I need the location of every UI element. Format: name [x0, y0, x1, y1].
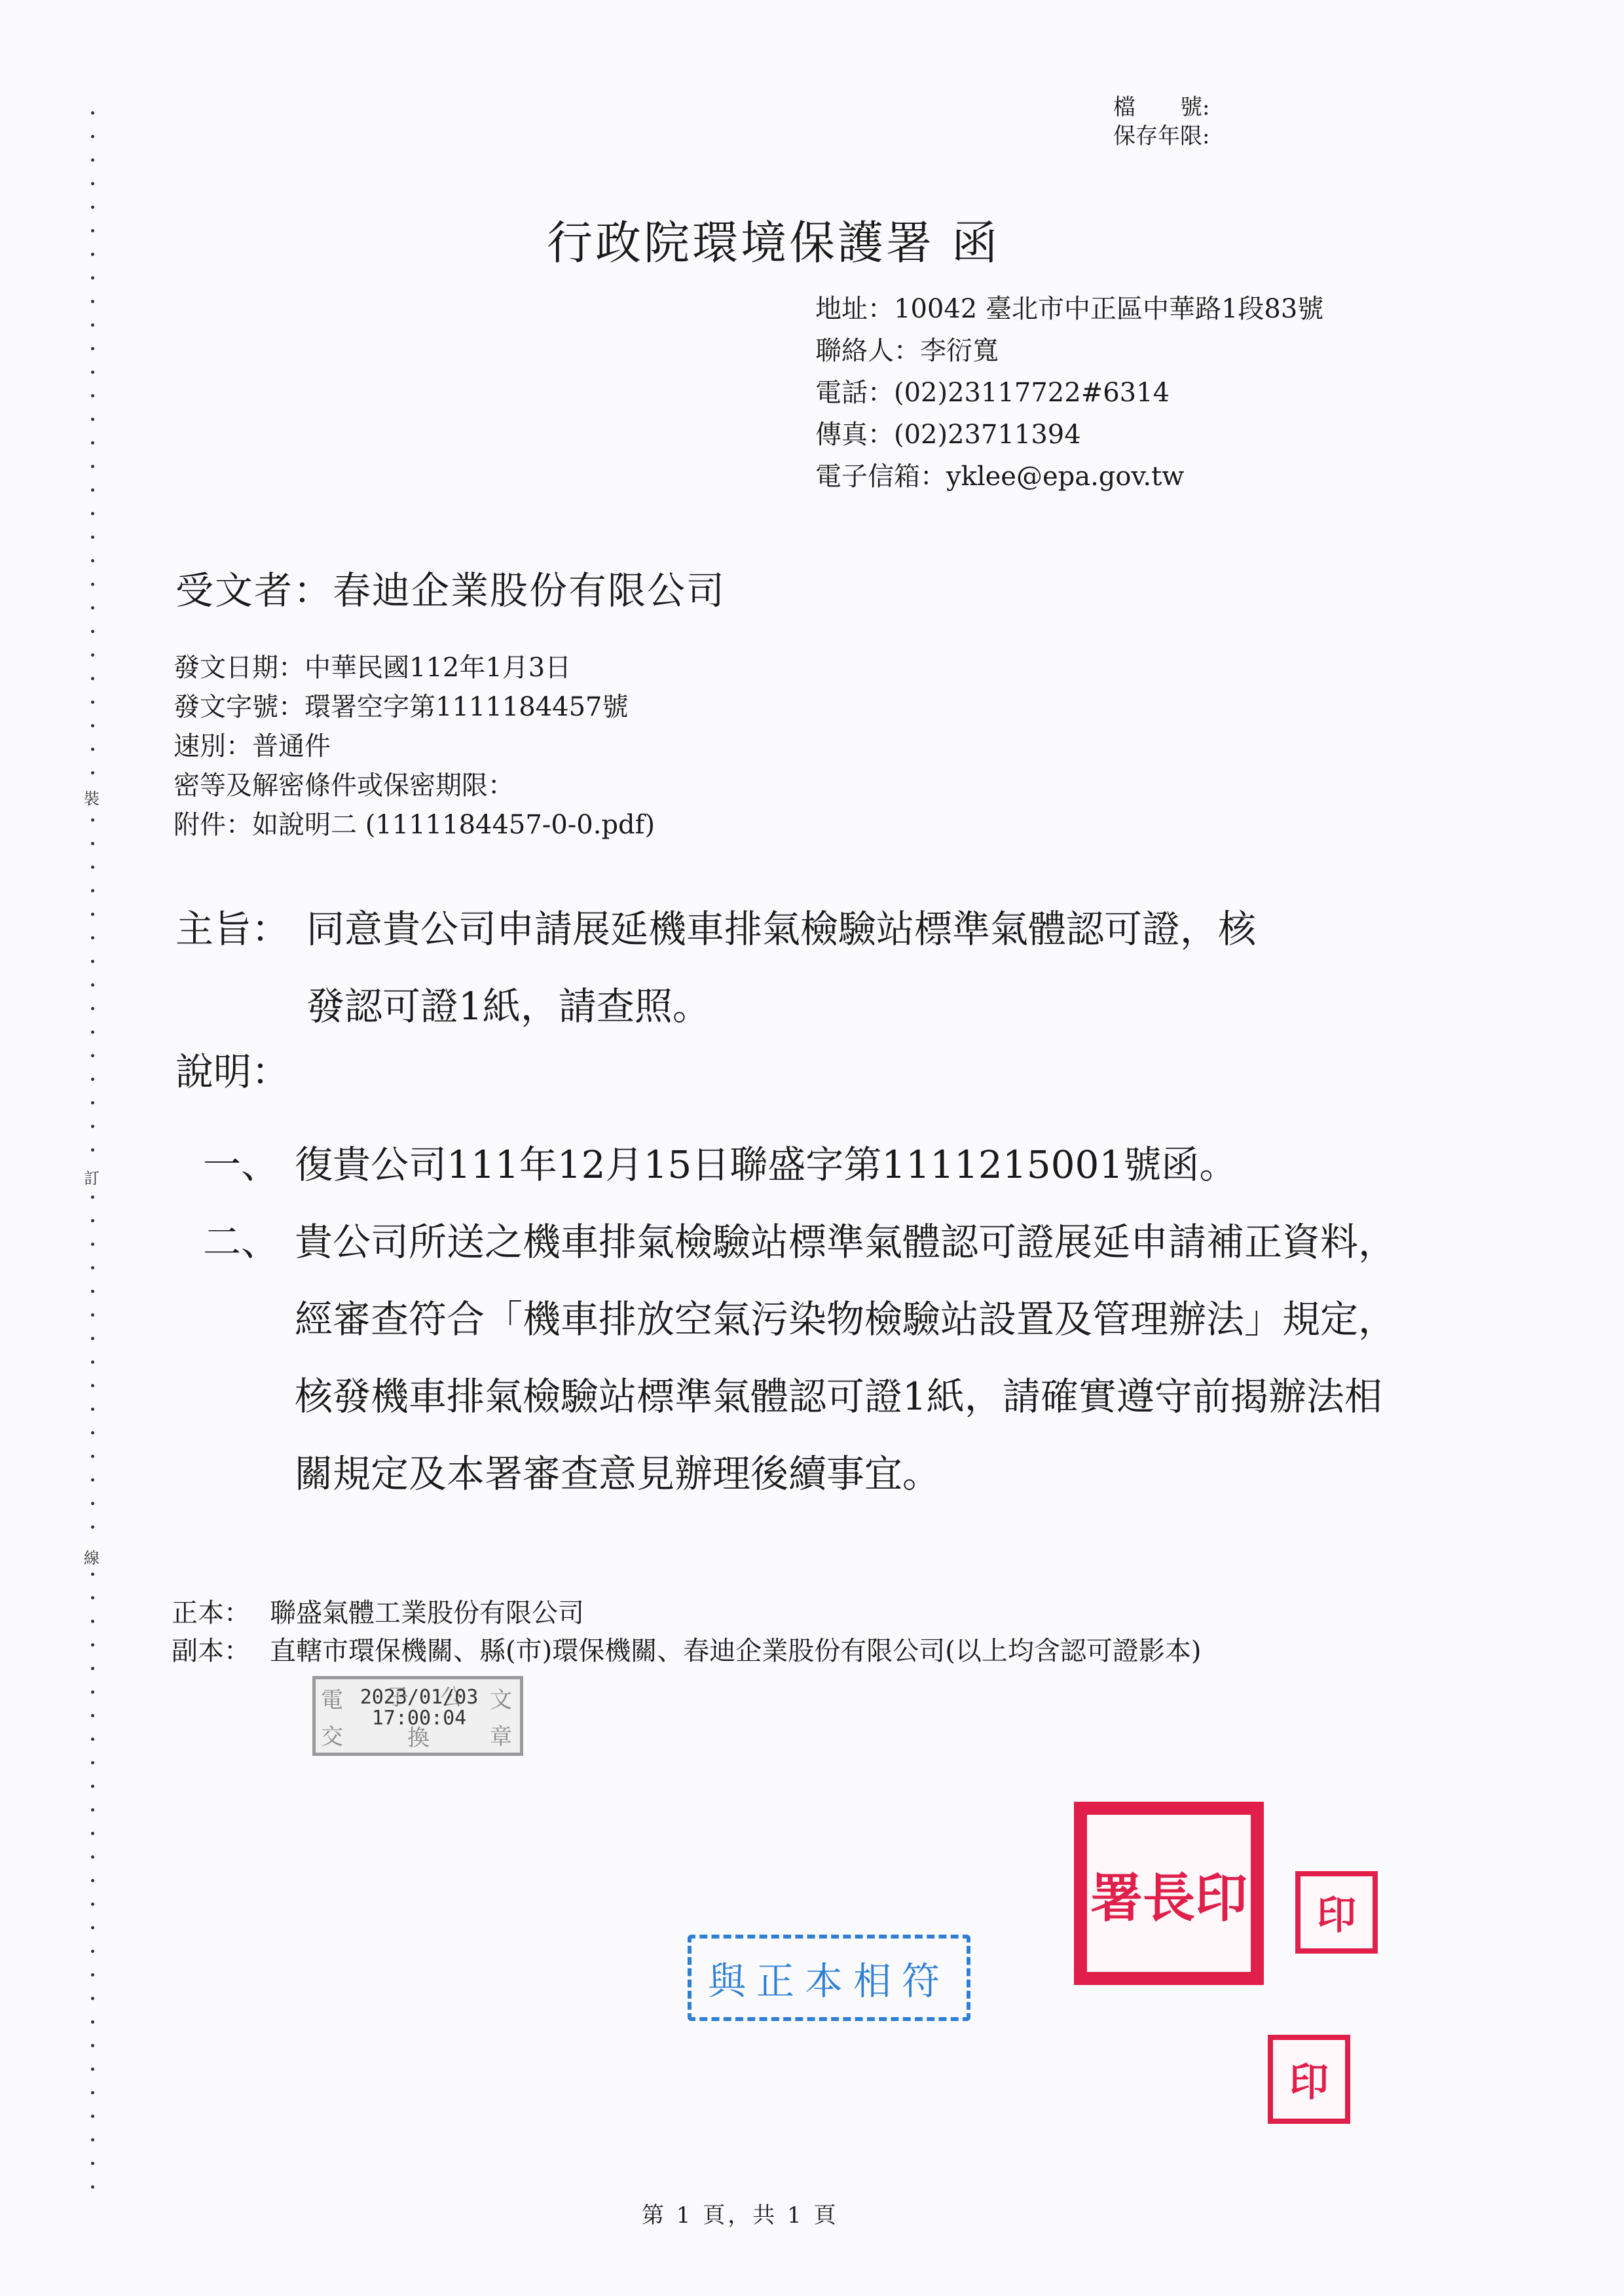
binding-dot	[91, 936, 94, 939]
binding-dot	[91, 465, 94, 468]
binding-dot	[91, 1973, 94, 1977]
binding-dot	[91, 1101, 94, 1104]
stamp-timestamp: 2023/01/03 17:00:04	[354, 1687, 485, 1729]
binding-dot	[91, 1431, 94, 1434]
binding-dot	[91, 1525, 94, 1529]
binding-dot	[91, 1997, 94, 2000]
binding-dot	[91, 1596, 94, 1599]
phone: 電話：(02)23117722#6314	[815, 372, 1405, 414]
binding-dot	[91, 1808, 94, 1812]
personal-seal: 印	[1295, 1871, 1378, 1954]
binding-dot	[91, 300, 94, 303]
recipient: 受文者：春迪企業股份有限公司	[175, 560, 726, 615]
binding-dot	[91, 1290, 94, 1293]
binding-dot	[91, 1360, 94, 1364]
binding-dot	[91, 1690, 94, 1694]
binding-dot	[91, 1266, 94, 1269]
binding-dot	[91, 818, 94, 822]
binding-dot	[91, 583, 94, 586]
binding-dot	[91, 2115, 94, 2118]
document-info: 發文日期：中華民國112年1月3日 發文字號：環署空字第1111184457號 …	[174, 648, 655, 845]
binding-dot	[91, 2068, 94, 2071]
binding-dot	[91, 1148, 94, 1152]
binding-dot	[91, 1125, 94, 1128]
contact-person: 聯絡人：李衍寬	[815, 330, 1405, 372]
original-label: 正本：	[172, 1594, 270, 1632]
binding-dot	[91, 1903, 94, 1906]
distribution: 正本： 聯盛氣體工業股份有限公司 副本： 直轄市環保機關、縣(市)環保機關、春迪…	[172, 1594, 1403, 1670]
binding-dot	[91, 111, 94, 115]
binding-dot	[91, 724, 94, 727]
binding-dot	[91, 1761, 94, 1764]
binding-dot	[91, 536, 94, 539]
binding-dot	[91, 1384, 94, 1387]
binding-dot	[91, 1030, 94, 1034]
binding-dot	[91, 1832, 94, 1835]
stamp-char: 交	[321, 1719, 343, 1751]
explanation-item: 一、 復貴公司111年12月15日聯盛字第1111215001號函。	[203, 1126, 1401, 1203]
binding-dot	[91, 1950, 94, 1953]
personal-seal: 印	[1268, 2035, 1350, 2124]
binding-dot	[91, 2138, 94, 2141]
item-text: 貴公司所送之機車排氣檢驗站標準氣體認可證展延申請補正資料，經審查符合「機車排放空…	[295, 1203, 1401, 1512]
page-indicator: 第 1 頁，共 1 頁	[642, 2197, 839, 2229]
binding-dot	[91, 323, 94, 327]
binding-dot	[91, 1502, 94, 1505]
binding-dot	[91, 630, 94, 633]
binding-dot	[91, 913, 94, 916]
binding-dot	[91, 2162, 94, 2165]
binding-dot	[91, 1879, 94, 1882]
binding-dot	[91, 1643, 94, 1647]
binding-label: 裝	[84, 786, 100, 809]
binding-dot	[91, 771, 94, 774]
binding-dot	[91, 276, 94, 280]
item-number: 一、	[203, 1126, 295, 1203]
explanation-list: 一、 復貴公司111年12月15日聯盛字第1111215001號函。 二、 貴公…	[203, 1126, 1401, 1512]
binding-label: 線	[84, 1545, 100, 1568]
explanation-item: 二、 貴公司所送之機車排氣檢驗站標準氣體認可證展延申請補正資料，經審查符合「機車…	[203, 1203, 1401, 1512]
sender-contact: 地址：10042 臺北市中正區中華路1段83號 聯絡人：李衍寬 電話：(02)2…	[815, 288, 1405, 498]
binding-dot	[91, 1620, 94, 1623]
binding-dot	[91, 1714, 94, 1717]
binding-dot	[91, 418, 94, 421]
binding-dot	[91, 135, 94, 138]
binding-dot	[91, 983, 94, 987]
speed: 速別：普通件	[174, 727, 655, 766]
address: 地址：10042 臺北市中正區中華路1段83號	[815, 288, 1405, 330]
file-number-label: 檔 號:	[1113, 93, 1209, 122]
original-recipients: 聯盛氣體工業股份有限公司	[270, 1594, 584, 1632]
binding-dot	[91, 960, 94, 963]
binding-dot	[91, 2091, 94, 2094]
binding-dot	[91, 347, 94, 350]
subject-line-2: 發認可證1紙，請查照。	[175, 968, 1420, 1045]
true-copy-stamp: 與正本相符	[688, 1935, 970, 2021]
retention-label: 保存年限:	[1113, 122, 1209, 151]
binding-dot	[91, 253, 94, 256]
item-number: 二、	[203, 1203, 295, 1512]
binding-dot	[91, 1667, 94, 1670]
binding-dot	[91, 606, 94, 610]
stamp-date: 2023/01/03	[354, 1687, 485, 1708]
binding-dot	[91, 1455, 94, 1458]
stamp-time: 17:00:04	[354, 1708, 485, 1729]
binding-dot	[91, 1926, 94, 1929]
item-text: 復貴公司111年12月15日聯盛字第1111215001號函。	[295, 1126, 1237, 1203]
binding-dot	[91, 1078, 94, 1081]
binding-dot	[91, 701, 94, 704]
binding-dot	[91, 441, 94, 445]
binding-dot	[91, 2185, 94, 2189]
stamp-char: 電	[321, 1682, 343, 1714]
copy-recipients: 直轄市環保機關、縣(市)環保機關、春迪企業股份有限公司(以上均含認可證影本)	[270, 1632, 1201, 1670]
binding-dot	[91, 1054, 94, 1057]
binding-dot	[91, 1573, 94, 1576]
binding-dot	[91, 371, 94, 374]
binding-margin: 裝 訂 線	[86, 111, 100, 2193]
binding-dot	[91, 1219, 94, 1222]
issue-date: 發文日期：中華民國112年1月3日	[174, 648, 655, 687]
binding-dot	[91, 748, 94, 751]
binding-dot	[91, 1313, 94, 1317]
binding-dot	[91, 2020, 94, 2024]
email: 電子信箱：yklee@epa.gov.tw	[815, 456, 1405, 498]
binding-dot	[91, 866, 94, 869]
binding-dot	[91, 1007, 94, 1010]
binding-dot	[91, 1243, 94, 1246]
binding-dot	[91, 229, 94, 232]
binding-dot	[91, 182, 94, 185]
binding-dot	[91, 1195, 94, 1199]
explanation-heading: 說明：	[175, 1041, 289, 1096]
subject: 主旨：同意貴公司申請展延機車排氣檢驗站標準氣體認可證，核 發認可證1紙，請查照。	[175, 890, 1420, 1045]
binding-dot	[91, 677, 94, 680]
subject-line-1: 同意貴公司申請展延機車排氣檢驗站標準氣體認可證，核	[306, 907, 1256, 951]
subject-label: 主旨：	[175, 890, 306, 968]
official-seal-large: 署長印	[1074, 1802, 1264, 1985]
binding-dot	[91, 512, 94, 515]
doc-number: 發文字號：環署空字第1111184457號	[174, 687, 655, 727]
binding-dot	[91, 842, 94, 845]
electronic-exchange-stamp: 電 子 公 文 交 換 章 2023/01/03 17:00:04	[312, 1676, 523, 1756]
file-meta: 檔 號: 保存年限:	[1113, 93, 1209, 151]
binding-dot	[91, 1337, 94, 1340]
copy-label: 副本：	[172, 1632, 270, 1670]
binding-label: 訂	[84, 1165, 100, 1188]
binding-dot	[91, 158, 94, 162]
binding-dot	[91, 488, 94, 492]
binding-dot	[91, 1408, 94, 1411]
attachment: 附件：如說明二 (1111184457-0-0.pdf)	[174, 805, 655, 845]
binding-dot	[91, 1738, 94, 1741]
binding-dot	[91, 1478, 94, 1482]
binding-dot	[91, 394, 94, 397]
fax: 傳真：(02)23711394	[815, 414, 1405, 456]
stamp-char: 文	[490, 1682, 512, 1714]
binding-dot	[91, 1855, 94, 1859]
classification: 密等及解密條件或保密期限：	[174, 766, 655, 805]
binding-dot	[91, 559, 94, 562]
binding-dot	[91, 653, 94, 657]
binding-dot	[91, 1785, 94, 1788]
binding-dot	[91, 2044, 94, 2047]
binding-dot	[91, 206, 94, 209]
stamp-char: 章	[490, 1719, 512, 1751]
document-title: 行政院環境保護署 函	[547, 206, 1000, 272]
binding-dot	[91, 889, 94, 892]
